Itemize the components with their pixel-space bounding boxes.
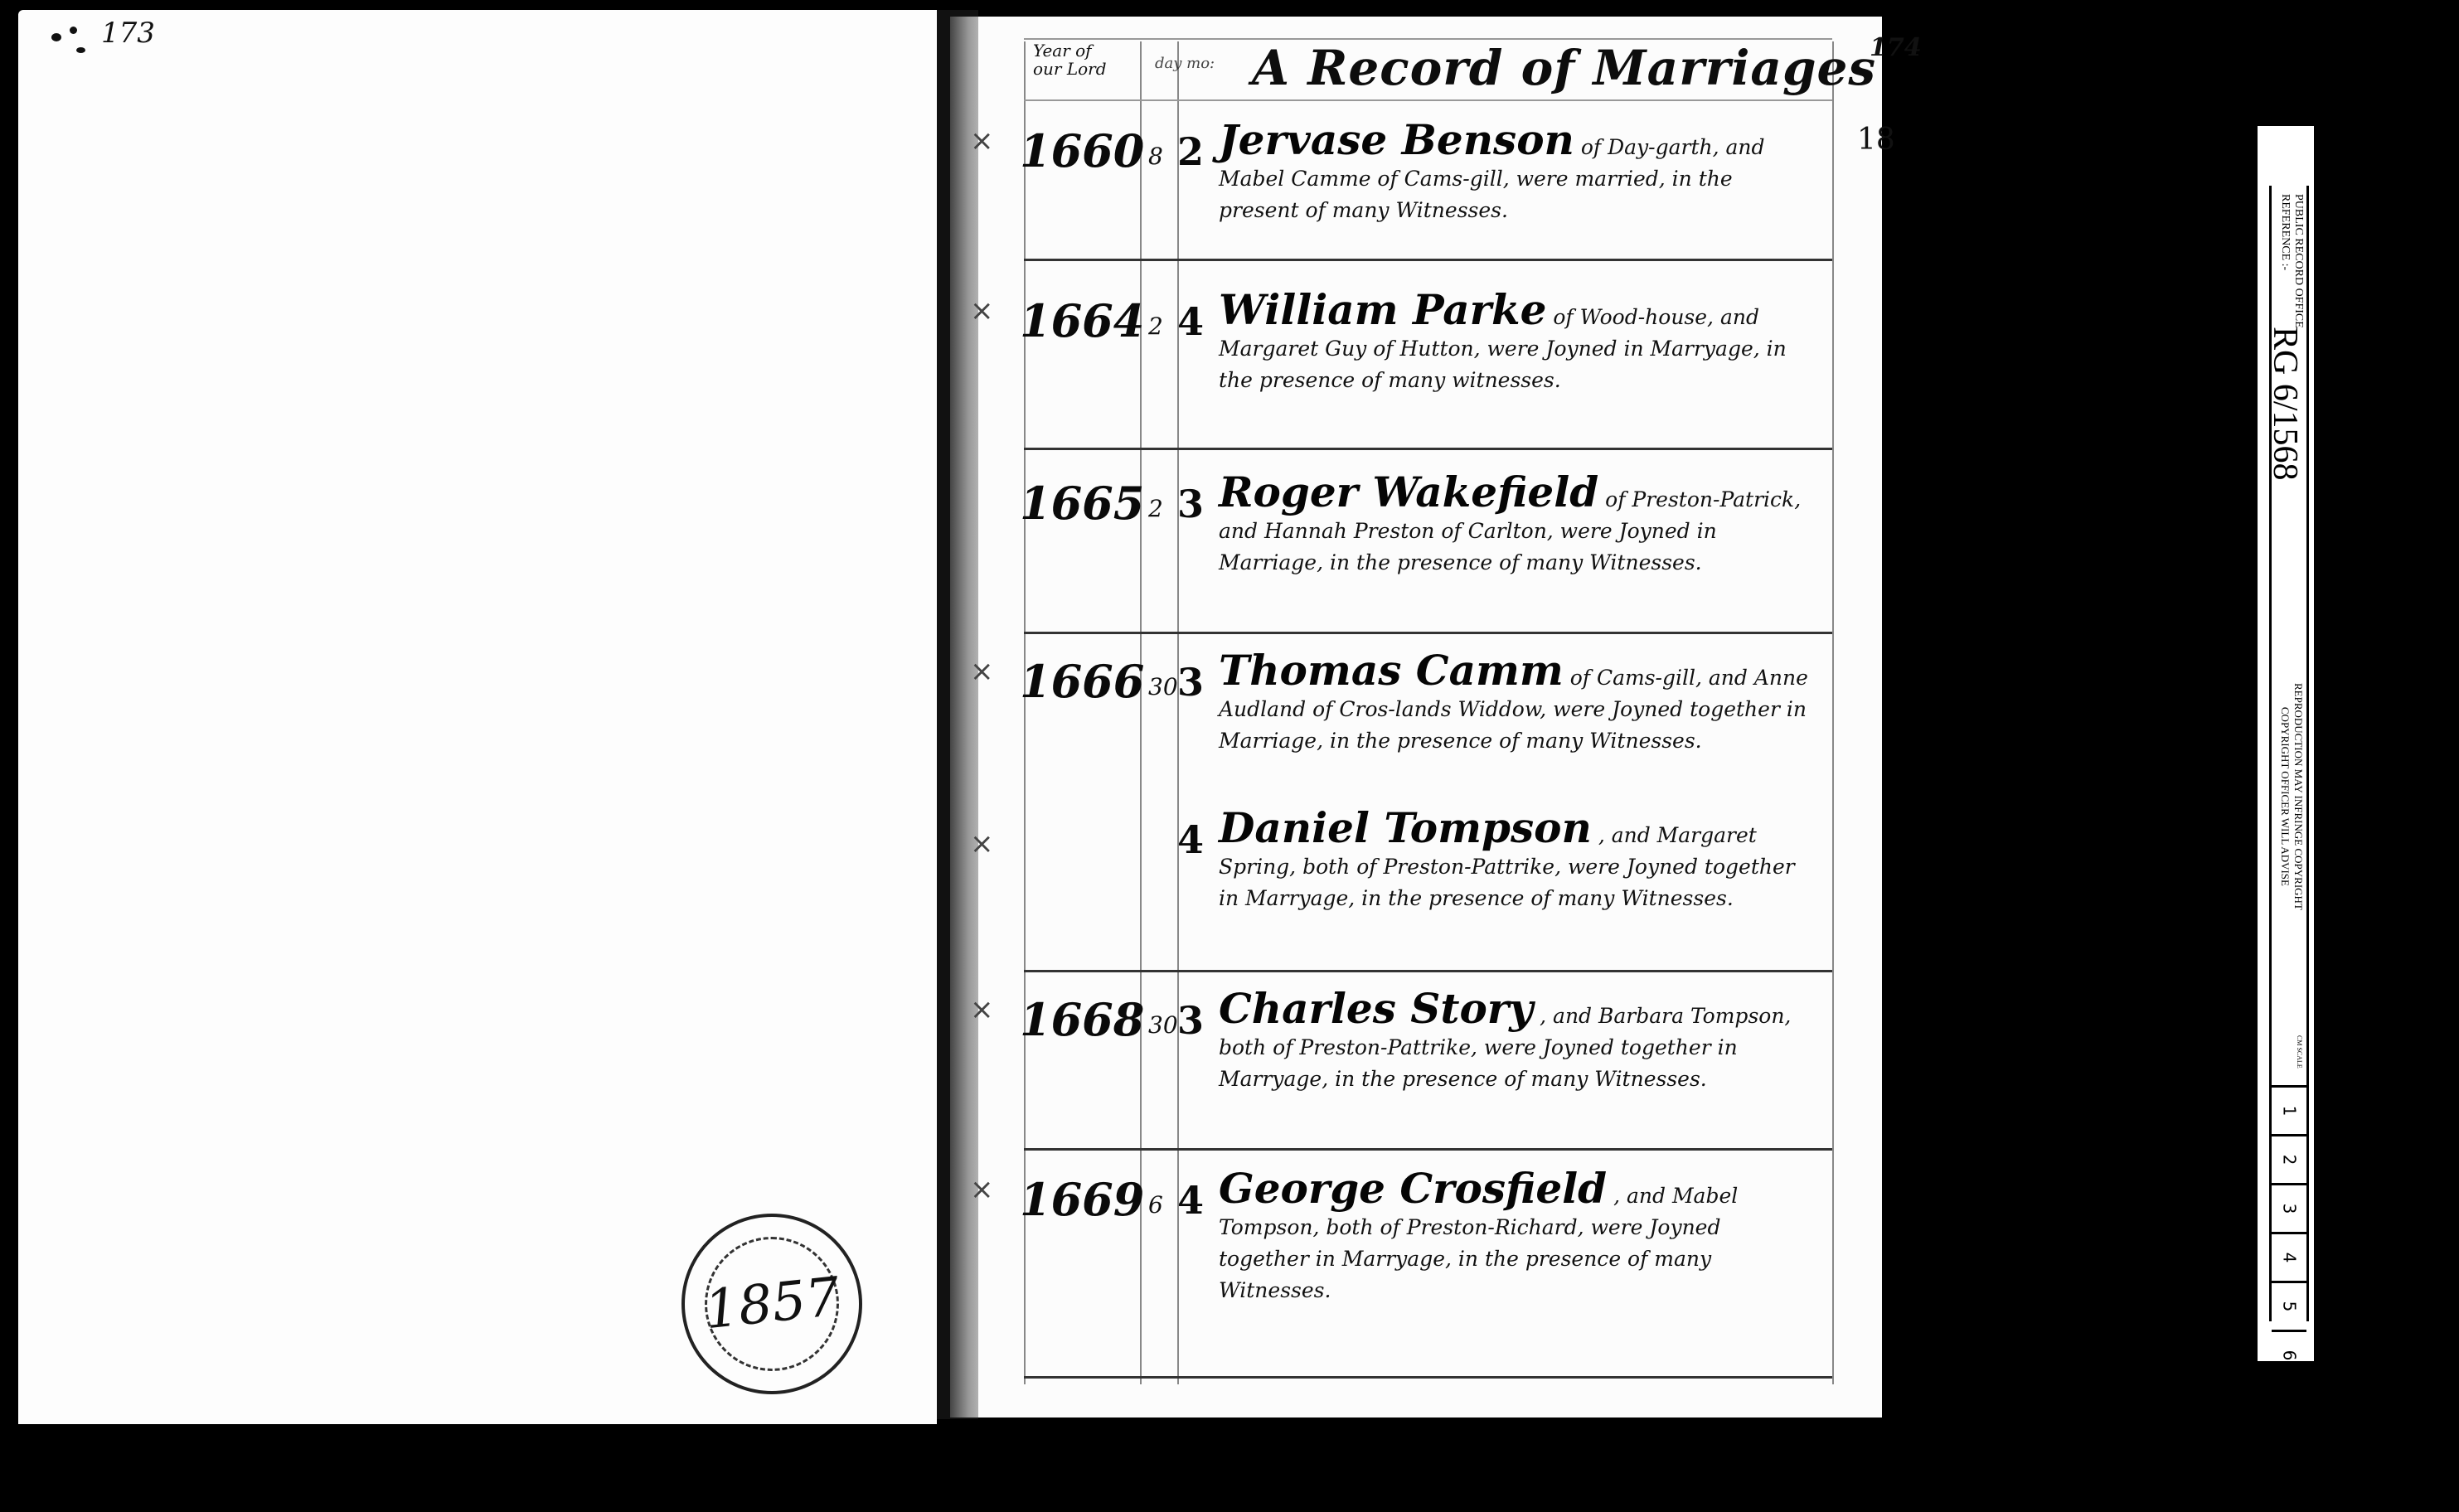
entry-month: 3 xyxy=(1177,482,1204,526)
register-entry: × 1664 2 4 William Parke of Wood-house, … xyxy=(978,294,1882,443)
entry-text: Charles Story , and Barbara Tompson, bot… xyxy=(1219,993,1816,1095)
year-column-header: Year of our Lord xyxy=(1033,41,1124,78)
day-month-column-header: day mo: xyxy=(1155,55,1215,72)
scale-mark: 5 xyxy=(2272,1281,2306,1330)
entry-year: 1664 xyxy=(1020,294,1144,347)
scale-mark: 6 xyxy=(2272,1330,2306,1381)
scale-number: 3 xyxy=(2279,1204,2299,1214)
entry-day: 30 xyxy=(1148,673,1178,700)
entry-text: Roger Wakefield of Preston-Patrick, and … xyxy=(1219,477,1816,579)
left-folio-number: 173 xyxy=(101,17,155,50)
entry-month: 4 xyxy=(1177,1178,1204,1223)
margin-cross-mark: × xyxy=(970,124,994,157)
groom-name: George Crosfield xyxy=(1219,1164,1607,1213)
right-page-marriage-register: Year of our Lord day mo: A Record of Mar… xyxy=(978,17,1882,1417)
reference-label: REFERENCE :- xyxy=(2278,194,2292,328)
scale-number: 6 xyxy=(2279,1350,2299,1361)
groom-name: Jervase Benson xyxy=(1219,115,1574,164)
margin-cross-mark: × xyxy=(970,827,994,860)
entry-year: 1669 xyxy=(1020,1173,1144,1226)
warning-line-1: REPRODUCTION MAY INFRINGE COPYRIGHT xyxy=(2292,683,2305,910)
entry-divider xyxy=(1024,448,1832,450)
scale-number: 1 xyxy=(2279,1106,2299,1117)
entry-month: 3 xyxy=(1177,998,1204,1043)
entry-day: 30 xyxy=(1148,1011,1178,1039)
scale-number: 5 xyxy=(2279,1301,2299,1312)
groom-name: Charles Story xyxy=(1219,984,1533,1033)
entry-text: Jervase Benson of Day-garth, and Mabel C… xyxy=(1219,124,1816,226)
groom-name: Roger Wakefield xyxy=(1219,468,1598,516)
entry-month: 4 xyxy=(1177,299,1204,344)
margin-cross-mark: × xyxy=(970,294,994,327)
scale-label: CM SCALE xyxy=(2296,1035,2303,1069)
header-rule xyxy=(1024,99,1832,101)
scale-mark: 3 xyxy=(2272,1183,2306,1232)
entry-day: 8 xyxy=(1148,143,1163,170)
scale-mark: 2 xyxy=(2272,1134,2306,1183)
scale-mark: 1 xyxy=(2272,1085,2306,1134)
groom-name: Daniel Tompson xyxy=(1219,803,1592,852)
groom-name: Thomas Camm xyxy=(1219,646,1564,695)
register-entry: × 1660 8 2 Jervase Benson of Day-garth, … xyxy=(978,124,1882,257)
margin-cross-mark: × xyxy=(970,993,994,1026)
ink-blot xyxy=(76,47,85,53)
label-frame: PUBLIC RECORD OFFICE REFERENCE :- RG 6/1… xyxy=(2269,186,2309,1321)
entry-text: William Parke of Wood-house, and Margare… xyxy=(1219,294,1816,396)
entry-month: 2 xyxy=(1177,129,1204,174)
margin-cross-mark: × xyxy=(970,1173,994,1206)
entry-year: 1660 xyxy=(1020,124,1144,177)
entry-text: Thomas Camm of Cams-gill, and Anne Audla… xyxy=(1219,655,1816,757)
copyright-warning: REPRODUCTION MAY INFRINGE COPYRIGHT COPY… xyxy=(2278,683,2305,910)
entry-text: George Crosfield , and Mabel Tompson, bo… xyxy=(1219,1173,1816,1306)
right-folio-number: 174 xyxy=(1870,33,1922,62)
register-entry: × 1666 30 3 Thomas Camm of Cams-gill, an… xyxy=(978,655,1882,804)
entry-month: 3 xyxy=(1177,660,1204,705)
left-page: 173 1857 xyxy=(18,10,937,1424)
entry-divider xyxy=(1024,970,1832,972)
archive-reference-label: PUBLIC RECORD OFFICE REFERENCE :- RG 6/1… xyxy=(2258,126,2314,1361)
entry-divider xyxy=(1024,632,1832,634)
register-entry: × 1668 30 3 Charles Story , and Barbara … xyxy=(978,993,1882,1142)
stamp-number: 1857 xyxy=(701,1267,842,1342)
register-entry: 1665 2 3 Roger Wakefield of Preston-Patr… xyxy=(978,477,1882,626)
record-office-name: PUBLIC RECORD OFFICE REFERENCE :- xyxy=(2278,194,2305,328)
register-entry: × 1669 6 4 George Crosfield , and Mabel … xyxy=(978,1173,1882,1339)
ink-blot xyxy=(70,27,77,34)
entry-year: 1668 xyxy=(1020,993,1144,1046)
entry-divider xyxy=(1024,259,1832,261)
margin-cross-mark: × xyxy=(970,655,994,688)
page-title: A Record of Marriages xyxy=(1252,40,1876,96)
archive-stamp: 1857 xyxy=(681,1214,862,1394)
register-sub-entry: × 4 Daniel Tompson , and Margaret Spring… xyxy=(978,812,1882,962)
entry-year: 1665 xyxy=(1020,477,1144,530)
ink-blot xyxy=(51,33,61,41)
entry-day: 2 xyxy=(1148,495,1163,522)
entry-text: Daniel Tompson , and Margaret Spring, bo… xyxy=(1219,812,1816,914)
reference-number: RG 6/1568 xyxy=(2265,327,2305,481)
groom-name: William Parke xyxy=(1219,285,1546,334)
warning-line-2: COPYRIGHT OFFICER WILL ADVISE xyxy=(2278,683,2292,910)
entry-day: 6 xyxy=(1148,1191,1163,1219)
scale-mark: 4 xyxy=(2272,1232,2306,1281)
entry-divider xyxy=(1024,1376,1832,1379)
entry-divider xyxy=(1024,1148,1832,1151)
entry-day: 2 xyxy=(1148,313,1163,340)
entry-month: 4 xyxy=(1177,817,1204,862)
office-text: PUBLIC RECORD OFFICE xyxy=(2292,194,2305,328)
scale-number: 4 xyxy=(2279,1253,2299,1263)
scale-number: 2 xyxy=(2279,1155,2299,1165)
entry-year: 1666 xyxy=(1020,655,1144,708)
